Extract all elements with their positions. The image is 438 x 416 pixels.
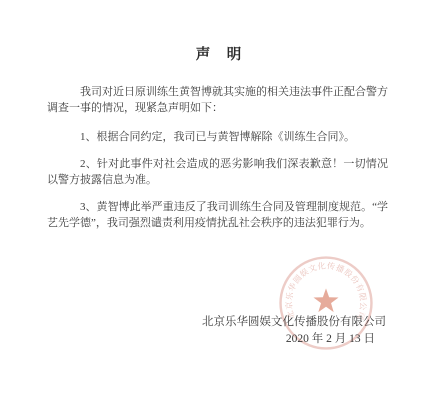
document-body: 我司对近日原训练生黄智博就其实施的相关违法事件正配合警方调查一事的情况，现紧急声… xyxy=(47,84,388,242)
statement-document: 声 明 我司对近日原训练生黄智博就其实施的相关违法事件正配合警方调查一事的情况，… xyxy=(0,0,438,416)
statement-item-3: 3、黄智博此举严重违反了我司训练生合同及管理制度规范。“学艺先学德”，我司强烈谴… xyxy=(47,199,388,231)
statement-item-2: 2、针对此事件对社会造成的恶劣影响我们深表歉意！一切情况以警方披露信息为准。 xyxy=(47,156,388,188)
signature-block: 北京乐华圆娱文化传播股份有限公司 2020 年 2 月 13 日 xyxy=(202,314,386,347)
document-title: 声 明 xyxy=(0,43,438,64)
seal-star-icon xyxy=(313,288,338,312)
statement-item-1: 1、根据合同约定，我司已与黄智博解除《训练生合同》。 xyxy=(47,129,388,145)
intro-paragraph: 我司对近日原训练生黄智博就其实施的相关违法事件正配合警方调查一事的情况，现紧急声… xyxy=(47,84,388,116)
signature-date: 2020 年 2 月 13 日 xyxy=(202,331,386,348)
company-name: 北京乐华圆娱文化传播股份有限公司 xyxy=(202,314,386,331)
